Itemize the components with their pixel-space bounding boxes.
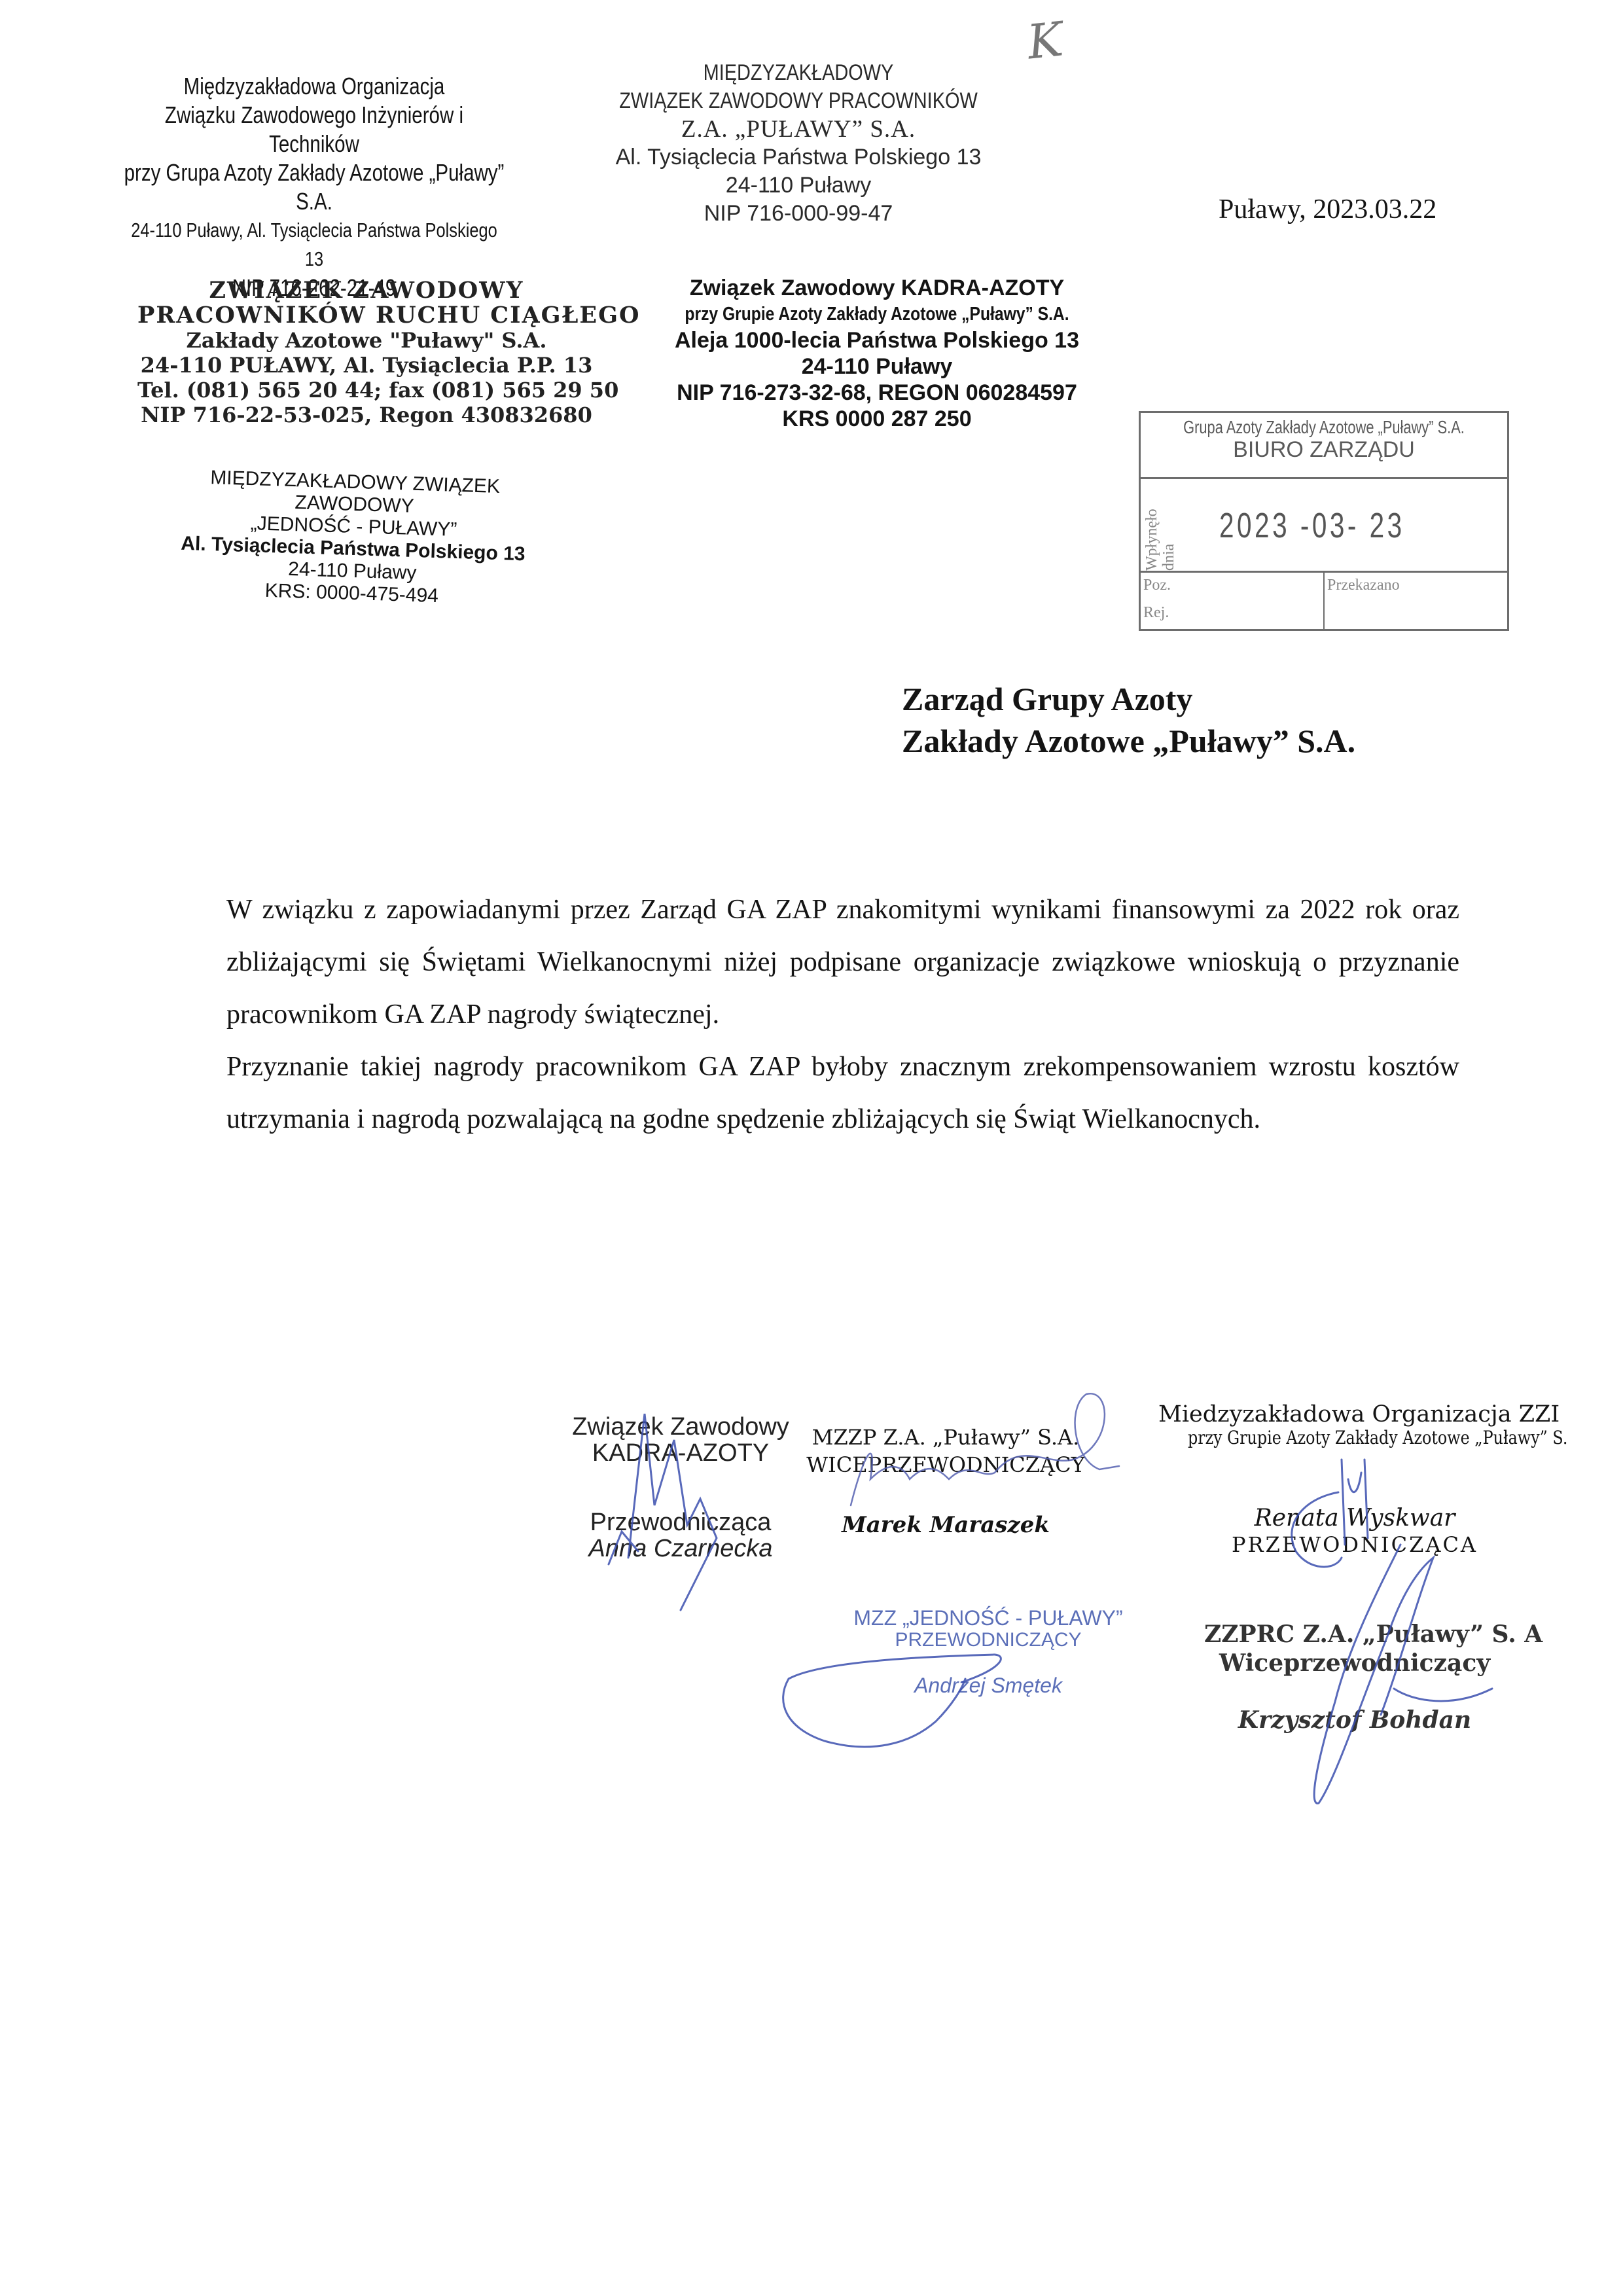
registry-received-stamp: Grupa Azoty Zakłady Azotowe „Puławy” S.A… [1139, 411, 1509, 631]
stamp-line: PRACOWNIKÓW RUCHU CIĄGŁEGO [137, 303, 596, 328]
registry-company: Grupa Azoty Zakłady Azotowe „Puławy” S.A… [1181, 413, 1467, 438]
body-paragraph: Przyznanie takiej nagrody pracownikom GA… [226, 1041, 1459, 1145]
stamp-line: 24-110 Puławy [569, 171, 1027, 200]
addressee-line: Zarząd Grupy Azoty [902, 678, 1355, 720]
letter-body: W związku z zapowiadanymi przez Zarząd G… [226, 884, 1459, 1145]
stamp-line: przy Grupie Azoty Zakłady Azotowe „Puław… [683, 301, 1072, 327]
stamp-line: Aleja 1000-lecia Państwa Polskiego 13 [648, 327, 1106, 353]
signature-org-sub: przy Grupie Azoty Zakłady Azotowe „Puław… [1188, 1428, 1522, 1448]
handwritten-initial-mark: K [1025, 11, 1065, 69]
stamp-line: Związku Zawodowego Inżynierów i Technikó… [121, 101, 507, 158]
signature-org: KADRA-AZOTY [556, 1440, 805, 1466]
stamp-line: 24-110 Puławy, Al. Tysiąclecia Państwa P… [121, 216, 507, 274]
signature-name: Anna Czarnecka [556, 1535, 805, 1562]
stamp-line: Al. Tysiąclecia Państwa Polskiego 13 [569, 143, 1027, 171]
stamp-line: 24-110 PUŁAWY, Al. Tysiąclecia P.P. 13 [137, 353, 596, 378]
position-label: Poz. [1143, 577, 1321, 594]
stamp-line: MIĘDZYZAKŁADOWY [604, 59, 993, 87]
registry-office: BIURO ZARZĄDU [1141, 438, 1507, 461]
signature-org: Związek Zawodowy [556, 1414, 805, 1440]
signature-role: Wiceprzewodniczący [1204, 1649, 1505, 1677]
stamp-line: NIP 716-273-32-68, REGON 060284597 [648, 380, 1106, 406]
signature-role: PRZEWODNICZĄCA [1158, 1532, 1551, 1558]
received-label: Wpłynęło dnia [1143, 486, 1177, 571]
signature-block-zzi: Miedzyzakładowa Organizacja ZZI przy Gru… [1158, 1401, 1551, 1558]
place-and-date: Puławy, 2023.03.22 [1219, 194, 1436, 225]
addressee-block: Zarząd Grupy Azoty Zakłady Azotowe „Puła… [902, 678, 1355, 762]
addressee-line: Zakłady Azotowe „Puławy” S.A. [902, 720, 1355, 762]
signature-org: MZZ „JEDNOŚĆ - PUŁAWY” [818, 1607, 1158, 1629]
stamp-line: 24-110 Puławy [648, 353, 1106, 380]
signature-name: Andrzej Smętek [818, 1674, 1158, 1698]
signature-name: Krzysztof Bohdan [1204, 1706, 1505, 1734]
stamp-line: Zakłady Azotowe "Puławy" S.A. [137, 328, 596, 353]
signature-org: ZZPRC Z.A. „Puławy” S. A [1204, 1620, 1505, 1649]
received-date: 2023 -03- 23 [1219, 505, 1405, 546]
signature-name: Marek Maraszek [795, 1511, 1096, 1539]
stamp-line: Związek Zawodowy KADRA-AZOTY [648, 275, 1106, 301]
signature-block-jednosc: MZZ „JEDNOŚĆ - PUŁAWY” PRZEWODNICZĄCY An… [818, 1607, 1158, 1698]
stamp-line: KRS 0000 287 250 [648, 406, 1106, 432]
stamp-line: Międzyzakładowa Organizacja [121, 72, 507, 101]
signature-org: Miedzyzakładowa Organizacja ZZI [1158, 1401, 1551, 1428]
signature-block-mzzp: MZZP Z.A. „Puławy” S.A. WICEPRZEWODNICZĄ… [795, 1424, 1096, 1539]
stamp-line: NIP 716-22-53-025, Regon 430832680 [137, 403, 596, 427]
signature-role: Przewodnicząca [556, 1509, 805, 1535]
signature-org: MZZP Z.A. „Puławy” S.A. [795, 1424, 1096, 1451]
stamp-line: przy Grupa Azoty Zakłady Azotowe „Puławy… [121, 158, 507, 216]
stamp-zzprc: ZWIĄZEK ZAWODOWY PRACOWNIKÓW RUCHU CIĄGŁ… [137, 278, 596, 427]
signature-block-kadra: Związek Zawodowy KADRA-AZOTY Przewodnicz… [556, 1414, 805, 1562]
signature-role: WICEPRZEWODNICZĄCY [795, 1451, 1096, 1479]
signature-block-zzprc: ZZPRC Z.A. „Puławy” S. A Wiceprzewodnicz… [1204, 1620, 1505, 1734]
signature-role: PRZEWODNICZĄCY [818, 1629, 1158, 1651]
forwarded-label: Przekazano [1327, 577, 1505, 594]
register-label: Rej. [1143, 604, 1169, 622]
signature-name: Renata Wyskwar [1158, 1505, 1551, 1532]
stamp-line: Tel. (081) 565 20 44; fax (081) 565 29 5… [137, 378, 596, 403]
stamp-mzzp: MIĘDZYZAKŁADOWY ZWIĄZEK ZAWODOWY PRACOWN… [569, 59, 1027, 228]
stamp-zzit: Międzyzakładowa Organizacja Związku Zawo… [121, 72, 507, 302]
stamp-kadra-azoty: Związek Zawodowy KADRA-AZOTY przy Grupie… [648, 275, 1106, 432]
stamp-jednosc-pulawy: MIĘDZYZAKŁADOWY ZWIĄZEK ZAWODOWY „JEDNOŚ… [149, 465, 558, 611]
body-paragraph: W związku z zapowiadanymi przez Zarząd G… [226, 884, 1459, 1041]
stamp-line: Z.A. „PUŁAWY” S.A. [569, 115, 1027, 143]
stamp-line: NIP 716-000-99-47 [569, 200, 1027, 228]
stamp-line: ZWIĄZEK ZAWODOWY [137, 278, 596, 303]
stamp-line: ZWIĄZEK ZAWODOWY PRACOWNIKÓW [604, 87, 993, 115]
